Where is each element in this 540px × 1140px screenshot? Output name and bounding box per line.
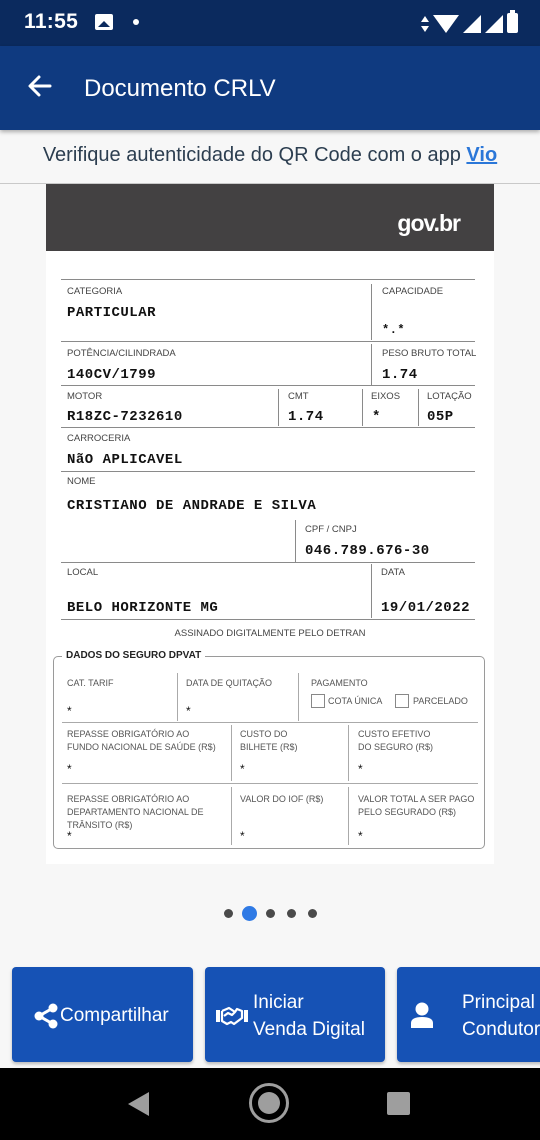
back-icon[interactable] bbox=[128, 1092, 149, 1116]
main-driver-button[interactable]: Principal Condutor bbox=[397, 967, 540, 1062]
data-arrows-icon bbox=[421, 15, 429, 33]
motor-value: R18ZC-7232610 bbox=[67, 409, 183, 425]
divider bbox=[61, 385, 475, 386]
system-nav-bar bbox=[0, 1068, 540, 1140]
valor-total-value: * bbox=[358, 829, 363, 843]
divider bbox=[418, 389, 419, 426]
data-value: 19/01/2022 bbox=[381, 600, 470, 616]
app-bar: Documento CRLV bbox=[0, 46, 540, 130]
custo-efetivo-label: CUSTO EFETIVODO SEGURO (R$) bbox=[358, 728, 433, 754]
status-bar: 11:55 4 bbox=[0, 0, 540, 46]
divider bbox=[231, 725, 232, 781]
dpvat-section: DADOS DO SEGURO DPVAT CAT. TARIF * DATA … bbox=[53, 656, 485, 849]
lotacao-value: 05P bbox=[427, 409, 454, 425]
cpf-label: CPF / CNPJ bbox=[305, 524, 357, 535]
capacidade-label: CAPACIDADE bbox=[382, 286, 443, 297]
signed-note: ASSINADO DIGITALMENTE PELO DETRAN bbox=[46, 628, 494, 639]
data-quitacao-label: DATA DE QUITAÇÃO bbox=[186, 677, 272, 690]
divider bbox=[348, 725, 349, 781]
cat-tarif-label: CAT. TARIF bbox=[67, 677, 114, 690]
divider bbox=[295, 520, 296, 562]
arrow-left-icon bbox=[26, 72, 54, 100]
battery-icon bbox=[507, 13, 518, 33]
valor-total-label: VALOR TOTAL A SER PAGOPELO SEGURADO (R$) bbox=[358, 793, 474, 819]
status-time: 11:55 bbox=[24, 10, 78, 34]
divider bbox=[278, 389, 279, 426]
cota-unica-label: COTA ÚNICA bbox=[328, 695, 382, 708]
qr-notice: Verifique autenticidade do QR Code com o… bbox=[0, 144, 540, 167]
document-header: gov.br bbox=[46, 184, 494, 251]
data-quitacao-value: * bbox=[186, 704, 191, 718]
vio-app-link[interactable]: Vio bbox=[466, 144, 497, 166]
carroceria-value: NãO APLICAVEL bbox=[67, 452, 183, 468]
crlv-document: gov.br CATEGORIA PARTICULAR CAPACIDADE *… bbox=[46, 184, 494, 864]
share-label: Compartilhar bbox=[60, 1002, 169, 1029]
pagamento-label: PAGAMENTO bbox=[311, 677, 368, 690]
wifi-badge: 4 bbox=[455, 22, 461, 33]
carroceria-label: CARROCERIA bbox=[67, 433, 130, 444]
divider bbox=[61, 279, 475, 280]
signal-icon bbox=[463, 15, 481, 33]
peso-value: 1.74 bbox=[382, 367, 418, 383]
action-bar: Compartilhar Iniciar Venda Digital Princ… bbox=[0, 967, 540, 1062]
divider bbox=[61, 619, 475, 620]
valor-iof-value: * bbox=[240, 829, 245, 843]
lotacao-label: LOTAÇÃO bbox=[427, 391, 472, 402]
motor-label: MOTOR bbox=[67, 391, 102, 402]
cat-tarif-value: * bbox=[67, 704, 72, 718]
divider bbox=[61, 427, 475, 428]
categoria-value: PARTICULAR bbox=[67, 305, 156, 321]
divider bbox=[371, 284, 372, 340]
categoria-label: CATEGORIA bbox=[67, 286, 122, 297]
custo-bilhete-label: CUSTO DOBILHETE (R$) bbox=[240, 728, 298, 754]
back-button[interactable] bbox=[26, 72, 56, 102]
cpf-value: 046.789.676-30 bbox=[305, 543, 430, 559]
recent-apps-icon[interactable] bbox=[387, 1092, 410, 1115]
local-label: LOCAL bbox=[67, 567, 98, 578]
status-icons: 4 bbox=[421, 11, 518, 33]
custo-efetivo-value: * bbox=[358, 762, 363, 776]
nome-value: CRISTIANO DE ANDRADE E SILVA bbox=[67, 498, 316, 514]
divider bbox=[298, 673, 299, 721]
page-dot[interactable] bbox=[242, 906, 257, 921]
cmt-value: 1.74 bbox=[288, 409, 324, 425]
divider bbox=[362, 389, 363, 426]
main-driver-label-line1: Principal bbox=[462, 989, 535, 1016]
page-dot[interactable] bbox=[266, 909, 275, 918]
repasse-saude-value: * bbox=[67, 762, 72, 776]
eixos-label: EIXOS bbox=[371, 391, 400, 402]
page-title: Documento CRLV bbox=[84, 75, 276, 103]
divider bbox=[61, 562, 475, 563]
home-icon[interactable] bbox=[249, 1083, 289, 1123]
cmt-label: CMT bbox=[288, 391, 309, 402]
parcelado-label: PARCELADO bbox=[413, 695, 468, 708]
repasse-transito-label: REPASSE OBRIGATÓRIO AODEPARTAMENTO NACIO… bbox=[67, 793, 204, 832]
divider bbox=[61, 341, 475, 342]
dpvat-title: DADOS DO SEGURO DPVAT bbox=[62, 650, 205, 661]
page-indicator bbox=[0, 906, 540, 922]
page-dot[interactable] bbox=[287, 909, 296, 918]
signal-icon bbox=[485, 15, 503, 33]
page-dot[interactable] bbox=[224, 909, 233, 918]
divider bbox=[348, 787, 349, 845]
repasse-transito-value: * bbox=[67, 829, 72, 843]
govbr-logo: gov.br bbox=[397, 210, 460, 237]
share-button[interactable]: Compartilhar bbox=[12, 967, 193, 1062]
capacidade-value: *.* bbox=[382, 323, 405, 337]
repasse-saude-label: REPASSE OBRIGATÓRIO AOFUNDO NACIONAL DE … bbox=[67, 728, 216, 754]
nome-label: NOME bbox=[67, 476, 96, 487]
divider bbox=[62, 783, 478, 784]
potencia-label: POTÊNCIA/CILINDRADA bbox=[67, 348, 176, 359]
main-driver-label-line2: Condutor bbox=[462, 1016, 540, 1043]
qr-notice-text: Verifique autenticidade do QR Code com o… bbox=[43, 144, 467, 166]
start-sale-label-line1: Iniciar bbox=[253, 989, 304, 1016]
divider bbox=[231, 787, 232, 845]
page-dot[interactable] bbox=[308, 909, 317, 918]
divider bbox=[371, 344, 372, 385]
parcelado-checkbox[interactable] bbox=[395, 694, 409, 708]
notification-dot-icon bbox=[133, 19, 139, 25]
person-icon bbox=[410, 1002, 434, 1028]
data-label: DATA bbox=[381, 567, 405, 578]
custo-bilhete-value: * bbox=[240, 762, 245, 776]
potencia-value: 140CV/1799 bbox=[67, 367, 156, 383]
cota-unica-checkbox[interactable] bbox=[311, 694, 325, 708]
divider bbox=[62, 722, 478, 723]
start-digital-sale-button[interactable]: Iniciar Venda Digital bbox=[205, 967, 385, 1062]
divider bbox=[177, 673, 178, 721]
handshake-icon bbox=[216, 1006, 248, 1026]
image-icon bbox=[95, 14, 113, 30]
peso-label: PESO BRUTO TOTAL bbox=[382, 348, 476, 359]
divider bbox=[61, 471, 475, 472]
valor-iof-label: VALOR DO IOF (R$) bbox=[240, 793, 323, 806]
wifi-icon: 4 bbox=[433, 13, 459, 33]
local-value: BELO HORIZONTE MG bbox=[67, 600, 218, 616]
share-icon bbox=[34, 1003, 58, 1029]
start-sale-label-line2: Venda Digital bbox=[253, 1016, 365, 1043]
eixos-value: * bbox=[372, 409, 381, 425]
divider bbox=[371, 564, 372, 618]
